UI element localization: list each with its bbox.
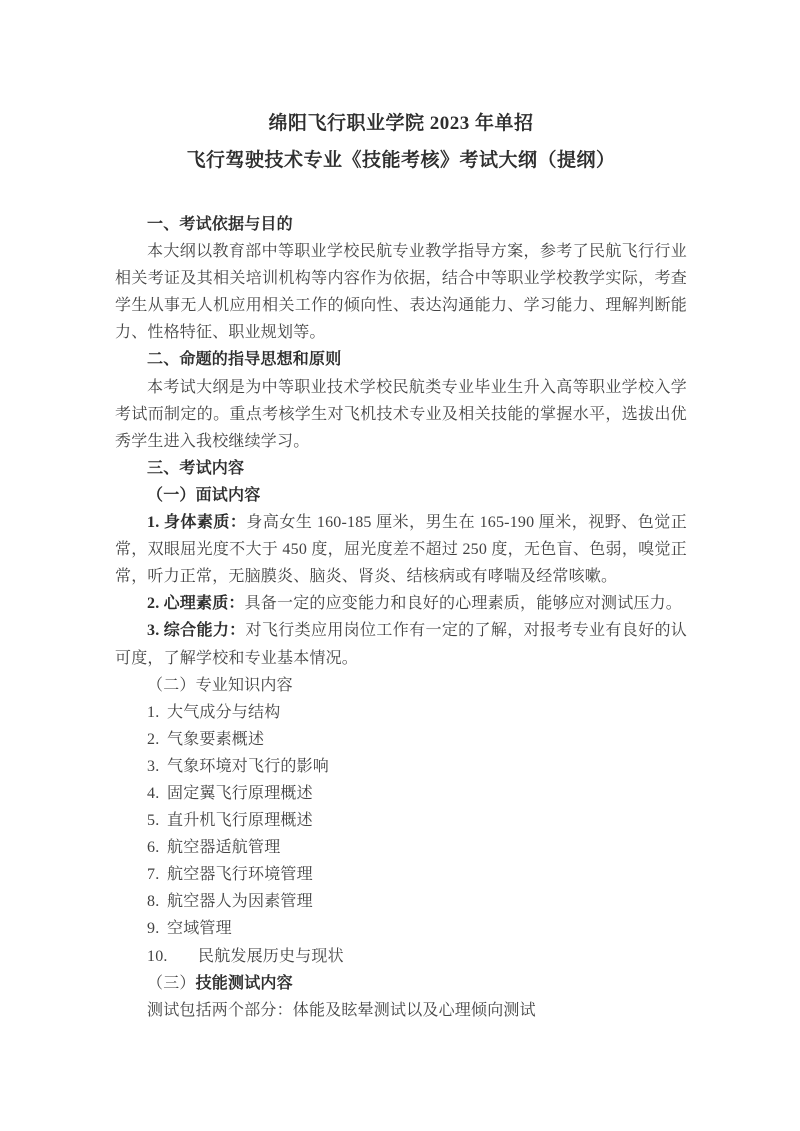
list-item-text: 固定翼飞行原理概述 — [167, 785, 313, 802]
list-item-text: 航空器适航管理 — [167, 839, 280, 856]
knowledge-list-item: 8.航空器人为因素管理 — [115, 888, 687, 915]
skill-test-paragraph: 测试包括两个部分：体能及眩晕测试以及心理倾向测试 — [115, 997, 687, 1024]
interview-item-label: 2. 心理素质： — [147, 595, 245, 612]
list-item-text: 民航发展历史与现状 — [198, 948, 344, 965]
interview-item-physical: 1. 身体素质：身高女生 160-185 厘米，男生在 165-190 厘米，视… — [115, 509, 687, 590]
knowledge-content-heading: （二）专业知识内容 — [115, 672, 687, 699]
knowledge-list-item: 6.航空器适航管理 — [115, 834, 687, 861]
interview-item-label: 3. 综合能力： — [147, 622, 246, 639]
skill-test-heading-bold: 技能测试内容 — [196, 975, 293, 992]
list-item-number: 7. — [147, 861, 167, 888]
list-item-number: 5. — [147, 807, 167, 834]
knowledge-list-item: 1.大气成分与结构 — [115, 699, 687, 726]
list-item-number: 4. — [147, 780, 167, 807]
interview-content-heading: （一）面试内容 — [115, 482, 687, 509]
knowledge-list-item: 9.空域管理 — [115, 915, 687, 942]
knowledge-list-item: 7.航空器飞行环境管理 — [115, 861, 687, 888]
section1-paragraph: 本大纲以教育部中等职业学校民航专业教学指导方案，参考了民航飞行行业相关考证及其相… — [115, 238, 687, 346]
skill-test-heading-prefix: （三） — [147, 975, 196, 992]
knowledge-list-item: 2.气象要素概述 — [115, 726, 687, 753]
list-item-text: 气象环境对飞行的影响 — [167, 758, 329, 775]
section1-heading: 一、考试依据与目的 — [115, 211, 687, 238]
list-item-number: 10. — [147, 943, 198, 970]
document-title-line1: 绵阳飞行职业学院 2023 年单招 — [115, 105, 687, 142]
list-item-number: 9. — [147, 915, 167, 942]
section2-heading: 二、命题的指导思想和原则 — [115, 346, 687, 373]
list-item-text: 空域管理 — [167, 920, 232, 937]
list-item-text: 气象要素概述 — [167, 731, 264, 748]
interview-item-psychological: 2. 心理素质：具备一定的应变能力和良好的心理素质，能够应对测试压力。 — [115, 590, 687, 617]
list-item-number: 6. — [147, 834, 167, 861]
list-item-number: 3. — [147, 753, 167, 780]
list-item-text: 大气成分与结构 — [167, 704, 280, 721]
skill-test-heading: （三）技能测试内容 — [115, 970, 687, 997]
document-page: 绵阳飞行职业学院 2023 年单招 飞行驾驶技术专业《技能考核》考试大纲（提纲）… — [0, 0, 800, 1131]
interview-item-label: 1. 身体素质： — [147, 514, 246, 531]
document-title-line2: 飞行驾驶技术专业《技能考核》考试大纲（提纲） — [115, 142, 687, 179]
list-item-number: 2. — [147, 726, 167, 753]
knowledge-list-item: 3.气象环境对飞行的影响 — [115, 753, 687, 780]
list-item-text: 航空器飞行环境管理 — [167, 866, 313, 883]
document-body: 一、考试依据与目的 本大纲以教育部中等职业学校民航专业教学指导方案，参考了民航飞… — [115, 211, 687, 1024]
section2-paragraph: 本考试大纲是为中等职业技术学校民航类专业毕业生升入高等职业学校入学考试而制定的。… — [115, 374, 687, 455]
list-item-text: 航空器人为因素管理 — [167, 893, 313, 910]
knowledge-list-item: 4.固定翼飞行原理概述 — [115, 780, 687, 807]
list-item-number: 8. — [147, 888, 167, 915]
knowledge-list-item: 10.民航发展历史与现状 — [115, 943, 687, 970]
list-item-number: 1. — [147, 699, 167, 726]
interview-item-comprehensive: 3. 综合能力：对飞行类应用岗位工作有一定的了解，对报考专业有良好的认可度，了解… — [115, 617, 687, 671]
section3-heading: 三、考试内容 — [115, 455, 687, 482]
knowledge-list-item: 5.直升机飞行原理概述 — [115, 807, 687, 834]
interview-item-text: 具备一定的应变能力和良好的心理素质，能够应对测试压力。 — [245, 595, 682, 612]
list-item-text: 直升机飞行原理概述 — [167, 812, 313, 829]
